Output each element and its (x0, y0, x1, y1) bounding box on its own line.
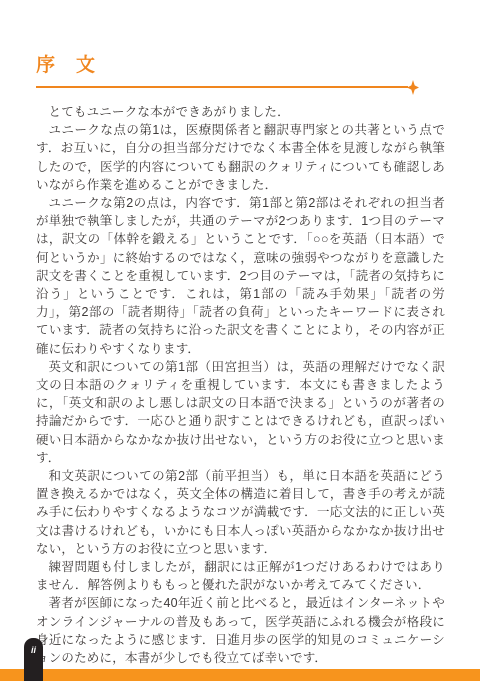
book-page: 序 文 とてもユニークな本ができあがりました． ユニークな点の第1は，医療関係者… (0, 0, 480, 681)
preface-paragraph: ユニークな第2の点は，内容です．第1部と第2部はそれぞれの担当者が単独で執筆しま… (36, 194, 445, 358)
preface-paragraph: 練習問題も付しましたが，翻訳には正解が1つだけあるわけではありません．解答例より… (36, 558, 445, 594)
preface-paragraph: 著者が医師になった40年近く前と比べると，最近はインターネットやオンラインジャー… (36, 594, 445, 667)
page-number-tab: ii (24, 638, 43, 681)
preface-paragraph: ユニークな点の第1は，医療関係者と翻訳専門家との共著という点です．お互いに，自分… (36, 121, 445, 194)
preface-paragraph: とてもユニークな本ができあがりました． (36, 103, 445, 121)
diamond-icon (407, 80, 419, 95)
preface-paragraph: 和文英訳についての第2部（前平担当）も，単に日本語を英語にどう置き換えるかではな… (36, 467, 445, 558)
page-title: 序 文 (36, 56, 96, 75)
footer-accent-bar (0, 669, 480, 681)
preface-body: とてもユニークな本ができあがりました． ユニークな点の第1は，医療関係者と翻訳専… (36, 103, 445, 667)
page-number: ii (24, 646, 43, 655)
preface-paragraph: 英文和訳についての第1部（田宮担当）は，英語の理解だけでなく訳文の日本語のクォリ… (36, 358, 445, 467)
title-underline (36, 86, 408, 88)
